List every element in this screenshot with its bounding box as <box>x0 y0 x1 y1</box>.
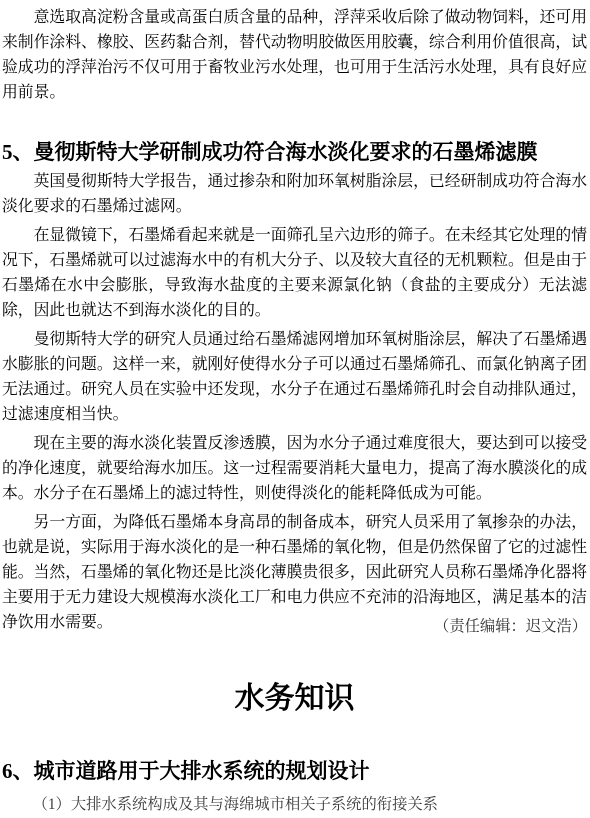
section-5-paragraph-2: 在显微镜下，石墨烯看起来就是一面筛孔呈六边形的筛子。在未经其它处理的情况下，石墨… <box>2 223 587 323</box>
document-page: 意选取高淀粉含量或高蛋白质含量的品种，浮萍采收后除了做动物饲料，还可用来制作涂料… <box>0 0 590 818</box>
section-5-paragraph-3: 曼彻斯特大学的研究人员通过给石墨烯滤网增加环氧树脂涂层，解决了石墨烯遇水膨胀的问… <box>2 327 587 427</box>
section-5-paragraph-1: 英国曼彻斯特大学报告，通过掺杂和附加环氧树脂涂层，已经研制成功符合海水淡化要求的… <box>2 169 587 219</box>
section-6-item-1: （1）大排水系统构成及其与海绵城市相关子系统的衔接关系 <box>2 796 587 813</box>
section-5-paragraph-4: 现在主要的海水淡化装置反渗透膜，因为水分子通过难度很大，要达到可以接受的净化速度… <box>2 431 587 506</box>
chapter-title: 水务知识 <box>2 683 587 715</box>
section-6-heading: 6、城市道路用于大排水系统的规划设计 <box>2 758 587 784</box>
section-5-heading: 5、曼彻斯特大学研制成功符合海水淡化要求的石墨烯滤膜 <box>2 139 587 165</box>
intro-paragraph: 意选取高淀粉含量或高蛋白质含量的品种，浮萍采收后除了做动物饲料，还可用来制作涂料… <box>2 5 587 105</box>
